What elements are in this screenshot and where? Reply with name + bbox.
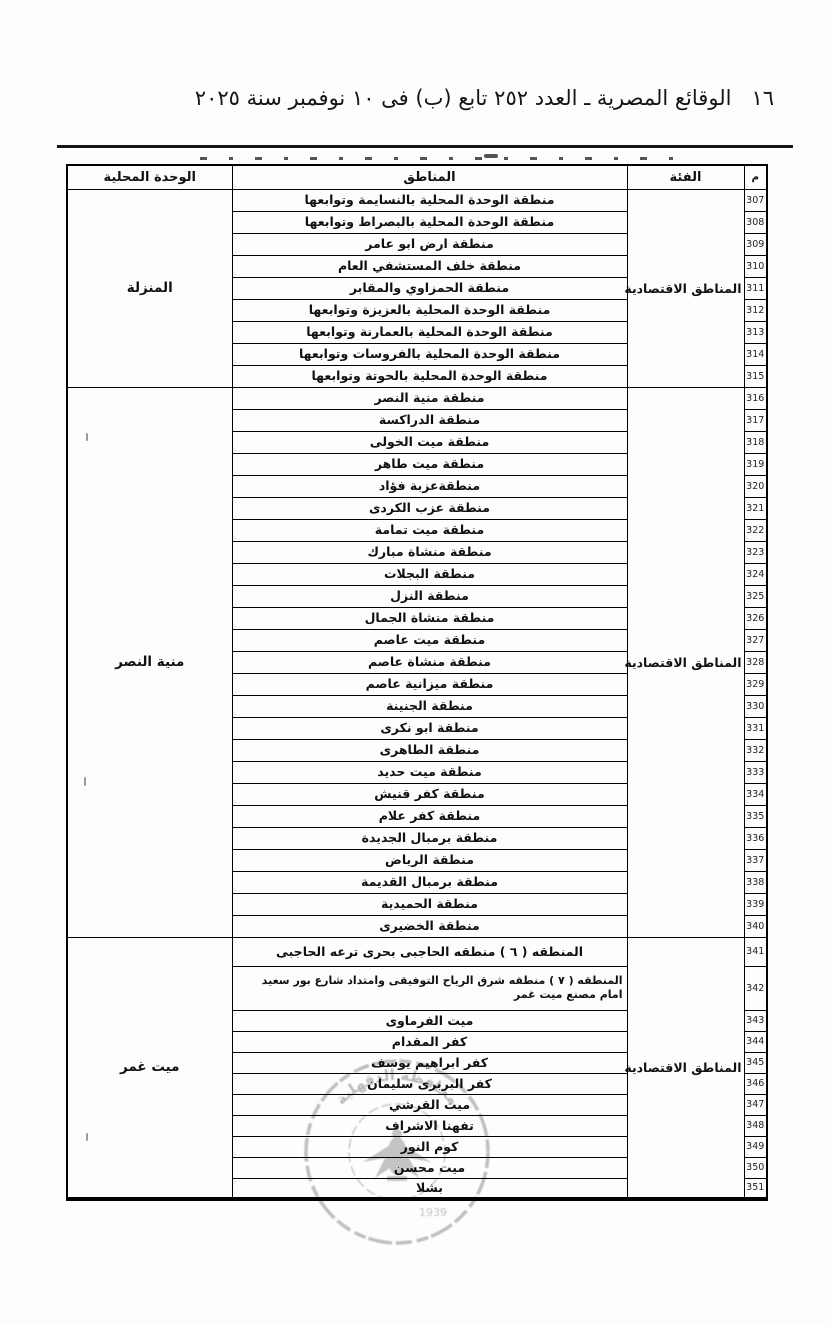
cropped-text-fragments: [200, 157, 690, 160]
area-cell: منطقة برمبال القديمة: [232, 871, 627, 893]
area-cell: منطقة الخضيرى: [232, 915, 627, 937]
category-cell: المناطق الاقتصادية: [627, 937, 744, 1199]
table-row: 316المناطق الاقتصاديةمنطقة منية النصرمني…: [67, 387, 767, 409]
area-cell: منطقة النزل: [232, 585, 627, 607]
area-cell: منطقة الجنينة: [232, 695, 627, 717]
row-number: 319: [744, 453, 767, 475]
area-cell: منطقة الوحدة المحلية بالنسايمة وتوابعها: [232, 189, 627, 211]
row-number: 349: [744, 1136, 767, 1157]
row-number: 341: [744, 937, 767, 966]
area-cell: ميت القرشي: [232, 1094, 627, 1115]
area-cell: تفهنا الاشراف: [232, 1115, 627, 1136]
row-number: 337: [744, 849, 767, 871]
row-number: 338: [744, 871, 767, 893]
local-unit-cell: المنزلة: [67, 189, 232, 387]
stamp-year: 1939: [419, 1206, 447, 1219]
area-cell: بشلا: [232, 1178, 627, 1199]
area-cell: ميت الفرماوى: [232, 1010, 627, 1031]
col-header-index: م: [744, 165, 767, 189]
area-cell: منطقة ارض ابو عامر: [232, 233, 627, 255]
area-cell: منطقةعزبة فؤاد: [232, 475, 627, 497]
table-row: 307المناطق الاقتصاديةمنطقة الوحدة المحلي…: [67, 189, 767, 211]
row-number: 313: [744, 321, 767, 343]
area-cell: منطقة الطاهرى: [232, 739, 627, 761]
areas-table: م الفئة المناطق الوحدة المحلية 307المناط…: [68, 164, 768, 1201]
area-cell: منطقة برمبال الجديدة: [232, 827, 627, 849]
area-cell: منطقة منية النصر: [232, 387, 627, 409]
area-cell: منطقة ميت طاهر: [232, 453, 627, 475]
page-number: ١٦: [751, 86, 774, 110]
row-number: 334: [744, 783, 767, 805]
area-cell: منطقة الحميدية: [232, 893, 627, 915]
gazette-title: الوقائع المصرية ـ العدد ٢٥٢ تابع (ب) فى …: [195, 86, 732, 110]
row-number: 350: [744, 1157, 767, 1178]
area-cell: منطقة منشاة عاصم: [232, 651, 627, 673]
row-number: 321: [744, 497, 767, 519]
area-cell: منطقة ابو نكرى: [232, 717, 627, 739]
category-cell: المناطق الاقتصادية: [627, 387, 744, 937]
area-cell: منطقة الوحدة المحلية بالبصراط وتوابعها: [232, 211, 627, 233]
area-cell: منطقة الوحدة المحلية بالفروسات وتوابعها: [232, 343, 627, 365]
area-cell: كفر ابراهيم يوسف: [232, 1052, 627, 1073]
row-number: 309: [744, 233, 767, 255]
row-number: 317: [744, 409, 767, 431]
header-divider-rule: [57, 145, 793, 148]
area-cell: منطقة ميت الخولى: [232, 431, 627, 453]
row-number: 348: [744, 1115, 767, 1136]
area-cell: كوم النور: [232, 1136, 627, 1157]
row-number: 329: [744, 673, 767, 695]
row-number: 326: [744, 607, 767, 629]
row-number: 340: [744, 915, 767, 937]
row-number: 339: [744, 893, 767, 915]
row-number: 328: [744, 651, 767, 673]
row-number: 325: [744, 585, 767, 607]
row-number: 322: [744, 519, 767, 541]
area-cell: كفر البربرى سليمان: [232, 1073, 627, 1094]
row-number: 316: [744, 387, 767, 409]
area-cell: المنطقه ( ٦ ) منطقه الحاجبى بحرى ترعه ال…: [232, 937, 627, 966]
row-number: 332: [744, 739, 767, 761]
row-number: 308: [744, 211, 767, 233]
row-number: 347: [744, 1094, 767, 1115]
row-number: 335: [744, 805, 767, 827]
row-number: 324: [744, 563, 767, 585]
row-number: 323: [744, 541, 767, 563]
area-cell: منطقة الحمزاوي والمقابر: [232, 277, 627, 299]
area-cell: منطقة الوحدة المحلية بالعزيزة وتوابعها: [232, 299, 627, 321]
area-cell: ميت محسن: [232, 1157, 627, 1178]
col-header-areas: المناطق: [232, 165, 627, 189]
area-cell: منطقة عزب الكردى: [232, 497, 627, 519]
row-number: 331: [744, 717, 767, 739]
area-cell: منطقة الرياض: [232, 849, 627, 871]
page-header: ١٦ الوقائع المصرية ـ العدد ٢٥٢ تابع (ب) …: [56, 86, 774, 110]
row-number: 330: [744, 695, 767, 717]
area-cell: المنطقه ( ٧ ) منطقه شرق الرياح التوفيقى …: [232, 966, 627, 1010]
row-number: 318: [744, 431, 767, 453]
category-cell: المناطق الاقتصادية: [627, 189, 744, 387]
area-cell: منطقة منشاة مبارك: [232, 541, 627, 563]
table-header-row: م الفئة المناطق الوحدة المحلية: [67, 165, 767, 189]
row-number: 346: [744, 1073, 767, 1094]
area-cell: منطقة كفر علام: [232, 805, 627, 827]
local-unit-cell: ميت غمر: [67, 937, 232, 1199]
row-number: 311: [744, 277, 767, 299]
areas-table-body: 307المناطق الاقتصاديةمنطقة الوحدة المحلي…: [67, 189, 767, 1199]
row-number: 327: [744, 629, 767, 651]
area-cell: منطقة الوحدة المحلية بالحوتة وتوابعها: [232, 365, 627, 387]
area-cell: منطقة خلف المستشفي العام: [232, 255, 627, 277]
area-cell: منطقة الوحدة المحلية بالعمارنة وتوابعها: [232, 321, 627, 343]
area-cell: منطقة منشاة الجمال: [232, 607, 627, 629]
row-number: 315: [744, 365, 767, 387]
row-number: 312: [744, 299, 767, 321]
row-number: 351: [744, 1178, 767, 1199]
table-row: 341المناطق الاقتصاديةالمنطقه ( ٦ ) منطقه…: [67, 937, 767, 966]
row-number: 344: [744, 1031, 767, 1052]
area-cell: منطقة ميت عاصم: [232, 629, 627, 651]
col-header-local-unit: الوحدة المحلية: [67, 165, 232, 189]
row-number: 307: [744, 189, 767, 211]
row-number: 320: [744, 475, 767, 497]
area-cell: كفر المقدام: [232, 1031, 627, 1052]
row-number: 345: [744, 1052, 767, 1073]
row-number: 343: [744, 1010, 767, 1031]
row-number: 314: [744, 343, 767, 365]
area-cell: منطقة الدراكسة: [232, 409, 627, 431]
area-cell: منطقة ميزانية عاصم: [232, 673, 627, 695]
row-number: 310: [744, 255, 767, 277]
local-unit-cell: منية النصر: [67, 387, 232, 937]
area-cell: منطقة ميت تمامة: [232, 519, 627, 541]
area-cell: منطقة ميت حديد: [232, 761, 627, 783]
row-number: 336: [744, 827, 767, 849]
area-cell: منطقة البجلات: [232, 563, 627, 585]
row-number: 333: [744, 761, 767, 783]
row-number: 342: [744, 966, 767, 1010]
col-header-category: الفئة: [627, 165, 744, 189]
area-cell: منطقة كفر قنيش: [232, 783, 627, 805]
